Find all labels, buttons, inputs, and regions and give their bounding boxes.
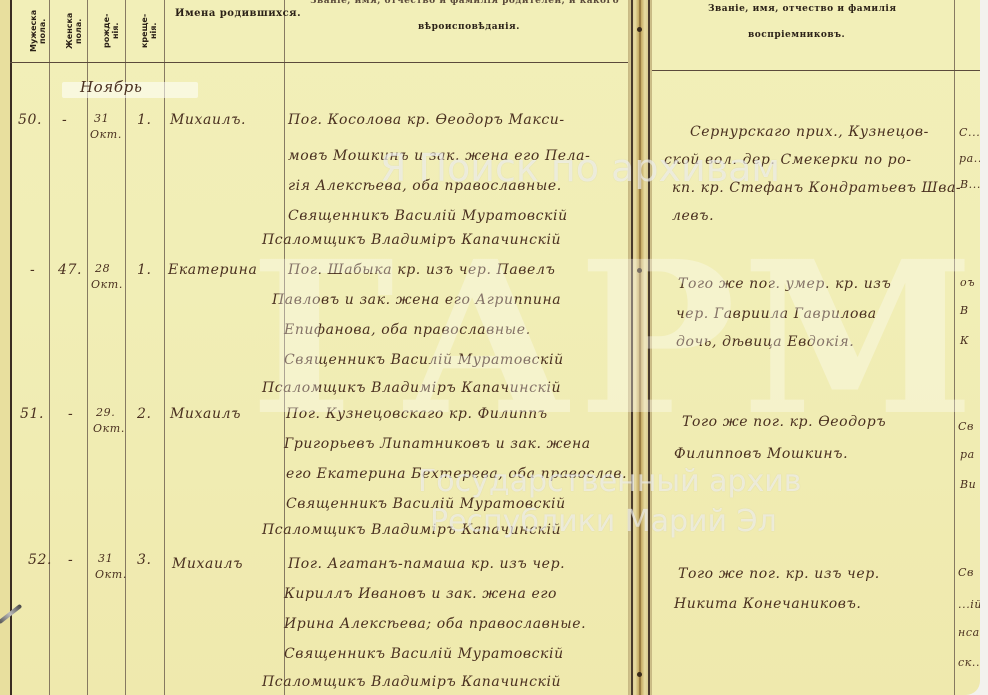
entry-birth-month: Окт. xyxy=(95,568,127,581)
entry-baptism-date: 1. xyxy=(137,112,152,128)
entry-godparents-line: Того же пог. кр. изъ чер. xyxy=(678,566,880,582)
entry-parents-line: Кириллъ Ивановъ и зак. жена его xyxy=(284,586,557,602)
header-parents-bottom: вѣроисповѣданія. xyxy=(418,22,520,32)
entry-female-no: - xyxy=(62,112,67,128)
entry-name: Михаилъ xyxy=(172,556,243,572)
header-rule-left xyxy=(10,62,628,63)
entry-male-no: 50. xyxy=(18,112,42,128)
binding-stitch xyxy=(637,268,642,273)
entry-parents-line: гія Алексѣева, оба православные. xyxy=(288,178,562,194)
entry-godparents-line: Филипповъ Мошкинъ. xyxy=(674,446,848,462)
entry-female-no: 47. xyxy=(58,262,82,278)
entry-birth-month: Окт. xyxy=(90,128,122,141)
header-baptism: креще- нія. xyxy=(141,6,159,56)
next-page-fragment: К xyxy=(960,334,969,347)
header-names-of-born: Имена родившихся. xyxy=(175,8,301,19)
entry-parents-line: Пог. Косолова кр. Өеодоръ Макси- xyxy=(288,112,565,128)
entry-godparents-line: левъ. xyxy=(672,208,714,224)
entry-parents-line: Епифанова, оба православные. xyxy=(284,322,531,338)
entry-parents-line: Священникъ Василій Муратовскій xyxy=(288,208,568,224)
header-godparents-bottom: воспріемниковъ. xyxy=(748,30,845,40)
register-page: Мужеска пола. Женска пола. рожде- нія. к… xyxy=(0,0,980,695)
entry-baptism-date: 3. xyxy=(137,552,152,568)
next-page-fragment: нса xyxy=(958,626,980,639)
entry-birth-date: 28 xyxy=(95,262,110,275)
entry-parents-line: Священникъ Василій Муратовскій xyxy=(284,646,564,662)
entry-male-no: - xyxy=(30,262,35,278)
next-page-fragment: ра xyxy=(960,448,975,461)
header-birth: рожде- нія. xyxy=(103,6,121,56)
entry-parents-line: Псаломщикъ Владиміръ Капачинскій xyxy=(262,674,561,690)
entry-birth-date: 29. xyxy=(96,406,115,419)
entry-name: Михаилъ. xyxy=(170,112,246,128)
entry-godparents-line: дочь, дѣвица Евдокія. xyxy=(676,334,854,350)
col-divider xyxy=(87,0,88,695)
entry-name: Михаилъ xyxy=(170,406,241,422)
entry-parents-line: Ирина Алексѣева; оба православные. xyxy=(284,616,586,632)
entry-parents-line: Пог. Агатанъ-памаша кр. изъ чер. xyxy=(288,556,565,572)
month-label: Ноябрь xyxy=(80,78,143,96)
header-godparents-top: Званіе, имя, отчество и фамилія xyxy=(708,4,897,14)
entry-baptism-date: 1. xyxy=(137,262,152,278)
next-page-fragment: ск... xyxy=(958,656,980,669)
entry-birth-date: 31 xyxy=(94,112,109,125)
gutter-line xyxy=(631,0,633,695)
col-divider xyxy=(164,0,165,695)
entry-godparents-line: Того же пог. кр. Өеодоръ xyxy=(682,414,886,430)
entry-male-no: 52. xyxy=(28,552,52,568)
entry-male-no: 51. xyxy=(20,406,44,422)
entry-parents-line: Пог. Кузнецовскаго кр. Филиппъ xyxy=(286,406,548,422)
entry-female-no: - xyxy=(68,552,73,568)
header-rule-right xyxy=(652,70,980,71)
next-page-fragment: оъ xyxy=(960,276,975,289)
entry-parents-line: мовъ Мошкинъ и зак. жена его Пела- xyxy=(288,148,590,164)
entry-baptism-date: 2. xyxy=(137,406,152,422)
col-divider xyxy=(49,0,50,695)
header-male-sex: Мужеска пола. xyxy=(30,6,48,56)
next-page-fragment: В xyxy=(960,304,969,317)
entry-godparents-line: ской вол. дер. Смекерки по ро- xyxy=(664,152,912,168)
entry-godparents-line: чер. Гавриила Гаврилова xyxy=(676,306,877,322)
next-page-fragment: С... xyxy=(959,126,980,139)
binding-stitch xyxy=(637,27,642,32)
next-page-fragment: Св xyxy=(958,420,974,433)
header-parents-top: Званіе, имя, отчество и фамилія родителе… xyxy=(310,0,619,6)
entry-parents-line: Священникъ Василій Муратовскій xyxy=(284,352,564,368)
entry-birth-month: Окт. xyxy=(91,278,123,291)
entry-godparents-line: кп. кр. Стефанъ Кондратьевъ Шва- xyxy=(672,180,961,196)
entry-godparents-line: Никита Конечаниковъ. xyxy=(674,596,861,612)
gutter-line xyxy=(648,0,650,695)
next-page-fragment: Ви xyxy=(960,478,976,491)
entry-parents-line: Павловъ и зак. жена его Агриппина xyxy=(272,292,561,308)
entry-parents-line: Псаломщикъ Владиміръ Капачинскій xyxy=(262,522,561,538)
entry-godparents-line: Того же пог. умер. кр. изъ xyxy=(678,276,891,292)
col-divider xyxy=(954,0,955,695)
next-page-fragment: ...ій xyxy=(958,598,980,611)
header-female-sex: Женска пола. xyxy=(66,6,84,56)
entry-female-no: - xyxy=(68,406,73,422)
entry-parents-line: Пог. Шабыка кр. изъ чер. Павелъ xyxy=(288,262,555,278)
viewer-margin xyxy=(980,0,988,695)
entry-godparents-line: Сернурскаго прих., Кузнецов- xyxy=(690,124,929,140)
entry-parents-line: Псаломщикъ Владиміръ Капачинскій xyxy=(262,232,561,248)
entry-birth-month: Окт. xyxy=(93,422,125,435)
entry-birth-date: 31 xyxy=(98,552,113,565)
entry-parents-line: Григорьевъ Липатниковъ и зак. жена xyxy=(284,436,591,452)
next-page-fragment: ра... xyxy=(959,152,980,165)
next-page-fragment: Св xyxy=(958,566,974,579)
entry-parents-line: Псаломщикъ Владиміръ Капачинскій xyxy=(262,380,561,396)
entry-parents-line: его Екатерина Бехтерева, оба православ. xyxy=(286,466,627,482)
left-border-rule xyxy=(10,0,12,695)
binding-stitch xyxy=(637,672,642,677)
next-page-fragment: В... xyxy=(960,178,980,191)
entry-name: Екатерина xyxy=(168,262,257,278)
entry-parents-line: Священникъ Василій Муратовскій xyxy=(286,496,566,512)
col-divider xyxy=(125,0,126,695)
